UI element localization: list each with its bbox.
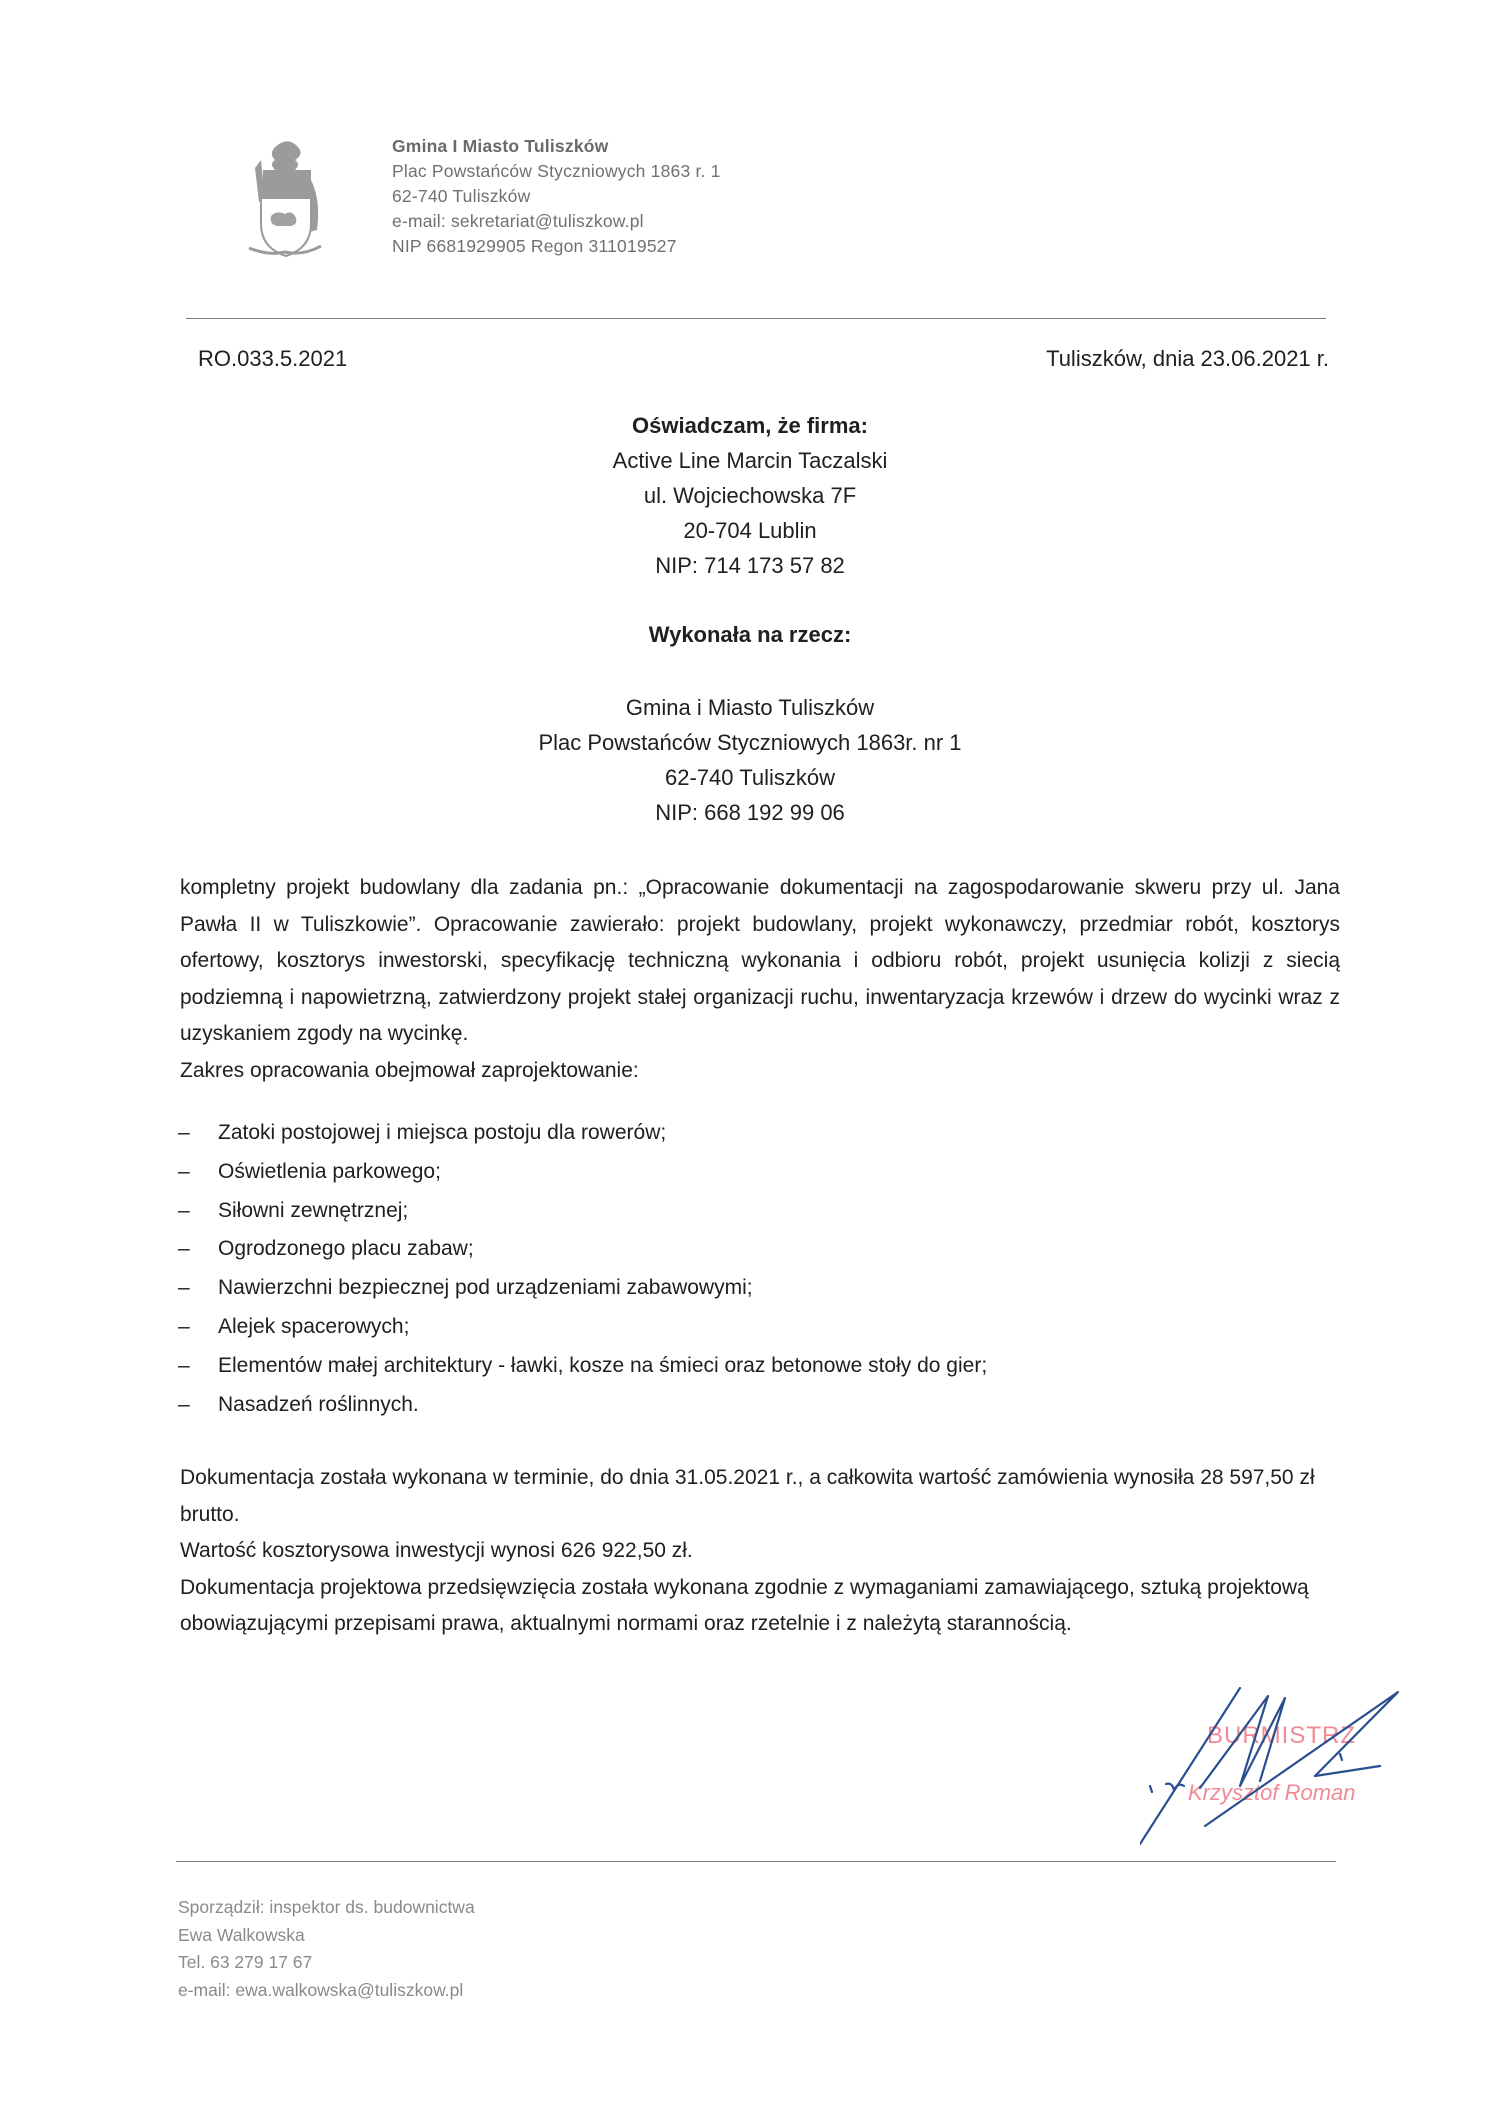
- letterhead-email: e-mail: sekretariat@tuliszkow.pl: [392, 209, 721, 234]
- footer-divider: [176, 1861, 1336, 1862]
- list-item: –Alejek spacerowych;: [178, 1308, 987, 1347]
- client-street: Plac Powstańców Styczniowych 1863r. nr 1: [0, 725, 1500, 760]
- company-street: ul. Wojciechowska 7F: [0, 478, 1500, 513]
- letterhead-org-name: Gmina I Miasto Tuliszków: [392, 134, 721, 159]
- footer: Sporządził: inspektor ds. budownictwa Ew…: [178, 1894, 475, 2004]
- list-item: –Ogrodzonego placu zabaw;: [178, 1230, 987, 1269]
- letterhead: Gmina I Miasto Tuliszków Plac Powstańców…: [392, 134, 721, 259]
- company-block: Oświadczam, że firma: Active Line Marcin…: [0, 408, 1500, 583]
- letterhead-address: Plac Powstańców Styczniowych 1863 r. 1: [392, 159, 721, 184]
- list-item: –Nasadzeń roślinnych.: [178, 1386, 987, 1425]
- intro-text: kompletny projekt budowlany dla zadania …: [180, 870, 1340, 1053]
- footer-phone: Tel. 63 279 17 67: [178, 1949, 475, 1977]
- list-item: –Elementów małej architektury - ławki, k…: [178, 1347, 987, 1386]
- handwritten-signature-icon: [1140, 1676, 1420, 1846]
- quality-text: Dokumentacja projektowa przedsięwzięcia …: [180, 1570, 1340, 1643]
- header-divider: [186, 318, 1326, 319]
- list-item: –Nawierzchni bezpiecznej pod urządzeniam…: [178, 1269, 987, 1308]
- intro-paragraph: kompletny projekt budowlany dla zadania …: [180, 870, 1340, 1089]
- client-name: Gmina i Miasto Tuliszków: [0, 690, 1500, 725]
- list-item: –Oświetlenia parkowego;: [178, 1153, 987, 1192]
- company-nip: NIP: 714 173 57 82: [0, 548, 1500, 583]
- estimate-text: Wartość kosztorysowa inwestycji wynosi 6…: [180, 1533, 1340, 1570]
- scope-list: –Zatoki postojowej i miejsca postoju dla…: [178, 1114, 987, 1424]
- footer-prepared-by: Sporządził: inspektor ds. budownictwa: [178, 1894, 475, 1922]
- scope-heading: Zakres opracowania obejmował zaprojektow…: [180, 1053, 1340, 1090]
- company-name: Active Line Marcin Taczalski: [0, 443, 1500, 478]
- coat-of-arms-icon: [245, 140, 325, 262]
- footer-name: Ewa Walkowska: [178, 1922, 475, 1950]
- footer-email: e-mail: ewa.walkowska@tuliszkow.pl: [178, 1977, 475, 2005]
- for-heading: Wykonała na rzecz:: [0, 617, 1500, 652]
- client-postal-city: 62-740 Tuliszków: [0, 760, 1500, 795]
- declaration-heading: Oświadczam, że firma:: [0, 408, 1500, 443]
- list-item: –Zatoki postojowej i miejsca postoju dla…: [178, 1114, 987, 1153]
- for-heading-block: Wykonała na rzecz:: [0, 617, 1500, 652]
- place-date: Tuliszków, dnia 23.06.2021 r.: [1046, 346, 1329, 372]
- reference-number: RO.033.5.2021: [198, 346, 347, 372]
- company-postal-city: 20-704 Lublin: [0, 513, 1500, 548]
- closing-paragraphs: Dokumentacja została wykonana w terminie…: [180, 1460, 1340, 1643]
- completion-text: Dokumentacja została wykonana w terminie…: [180, 1460, 1340, 1533]
- client-block: Gmina i Miasto Tuliszków Plac Powstańców…: [0, 690, 1500, 830]
- letterhead-postal-city: 62-740 Tuliszków: [392, 184, 721, 209]
- letterhead-tax-ids: NIP 6681929905 Regon 311019527: [392, 234, 721, 259]
- list-item: –Siłowni zewnętrznej;: [178, 1192, 987, 1231]
- client-nip: NIP: 668 192 99 06: [0, 795, 1500, 830]
